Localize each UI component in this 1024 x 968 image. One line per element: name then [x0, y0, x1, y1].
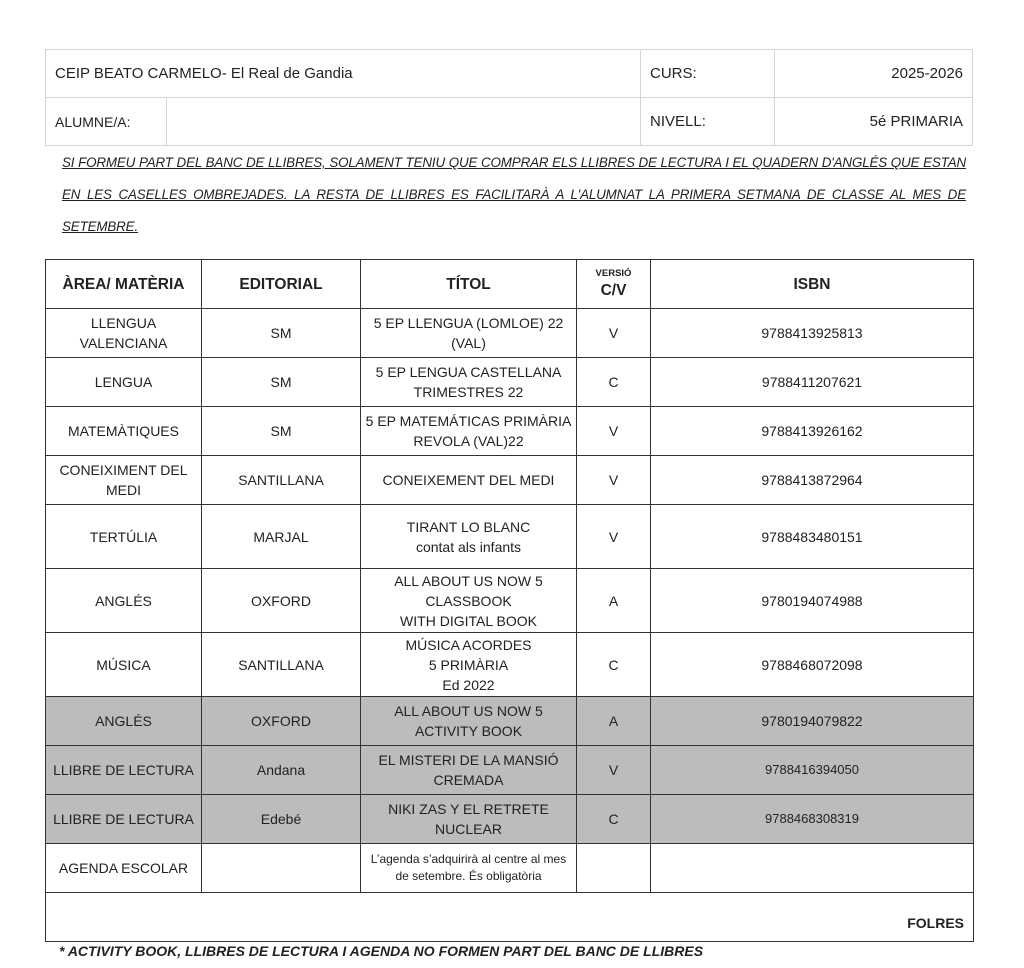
titol-line: CLASSBOOK	[365, 591, 572, 611]
titol-line: MÚSICA ACORDES	[365, 635, 572, 655]
cell-area: MATEMÀTIQUES	[46, 407, 202, 456]
cell-titol: CONEIXEMENT DEL MEDI	[361, 456, 577, 505]
cell-area: LLIBRE DE LECTURA	[46, 795, 202, 844]
cell-area: LLIBRE DE LECTURA	[46, 746, 202, 795]
cell-editorial: Edebé	[202, 795, 361, 844]
cell-area: AGENDA ESCOLAR	[46, 844, 202, 893]
cell-titol: 5 EP LENGUA CASTELLANA TRIMESTRES 22	[361, 358, 577, 407]
cell-titol: MÚSICA ACORDES5 PRIMÀRIAEd 2022	[361, 633, 577, 697]
cell-versio: V	[577, 746, 651, 795]
cell-editorial: SANTILLANA	[202, 633, 361, 697]
cell-titol: ALL ABOUT US NOW 5CLASSBOOKWITH DIGITAL …	[361, 569, 577, 633]
cell-editorial: SM	[202, 309, 361, 358]
cell-isbn: 9788483480151	[651, 505, 974, 569]
col-titol: TÍTOL	[361, 260, 577, 309]
titol-line: 5 PRIMÀRIA	[365, 655, 572, 675]
cell-area: TERTÚLIA	[46, 505, 202, 569]
table-row: MÚSICASANTILLANAMÚSICA ACORDES5 PRIMÀRIA…	[46, 633, 974, 697]
table-row: LENGUASM5 EP LENGUA CASTELLANA TRIMESTRE…	[46, 358, 974, 407]
cell-versio	[577, 844, 651, 893]
cell-area: MÚSICA	[46, 633, 202, 697]
cell-titol: L’agenda s’adquirirà al centre al mes de…	[361, 844, 577, 893]
cell-isbn: 9788468308319	[651, 795, 974, 844]
nivell-value: 5é PRIMARIA	[775, 98, 973, 146]
cell-isbn: 9788416394050	[651, 746, 974, 795]
header-row-school: CEIP BEATO CARMELO- El Real de Gandia CU…	[46, 50, 973, 98]
header-row-student: ALUMNE/A: NIVELL: 5é PRIMARIA	[46, 98, 973, 146]
cell-isbn: 9788413926162	[651, 407, 974, 456]
cell-isbn	[651, 844, 974, 893]
cell-editorial: Andana	[202, 746, 361, 795]
table-row: LLIBRE DE LECTURAAndanaEL MISTERI DE LA …	[46, 746, 974, 795]
cell-editorial: OXFORD	[202, 697, 361, 746]
cell-versio: A	[577, 569, 651, 633]
alumne-label: ALUMNE/A:	[46, 98, 167, 146]
table-row: TERTÚLIAMARJALTIRANT LO BLANCcontat als …	[46, 505, 974, 569]
cell-editorial: MARJAL	[202, 505, 361, 569]
table-row: CONEIXIMENT DEL MEDISANTILLANACONEIXEMEN…	[46, 456, 974, 505]
cell-area: ANGLÉS	[46, 697, 202, 746]
titol-line: ACTIVITY BOOK	[365, 721, 572, 741]
titol-line: Ed 2022	[365, 675, 572, 695]
cell-titol: TIRANT LO BLANCcontat als infants	[361, 505, 577, 569]
titol-line: ALL ABOUT US NOW 5	[365, 571, 572, 591]
cell-titol: ALL ABOUT US NOW 5ACTIVITY BOOK	[361, 697, 577, 746]
cell-versio: V	[577, 407, 651, 456]
cell-editorial: SM	[202, 407, 361, 456]
col-editorial: EDITORIAL	[202, 260, 361, 309]
cell-editorial: SANTILLANA	[202, 456, 361, 505]
cell-isbn: 9780194079822	[651, 697, 974, 746]
cell-titol: 5 EP LLENGUA (LOMLOE) 22 (VAL)	[361, 309, 577, 358]
cell-titol: 5 EP MATEMÁTICAS PRIMÀRIA REVOLA (VAL)22	[361, 407, 577, 456]
titol-line: contat als infants	[365, 537, 572, 557]
curs-label: CURS:	[641, 50, 775, 98]
folres-label: FOLRES	[907, 913, 964, 933]
cell-versio: C	[577, 633, 651, 697]
cell-editorial	[202, 844, 361, 893]
cell-isbn: 9788413925813	[651, 309, 974, 358]
cell-versio: V	[577, 456, 651, 505]
school-name: CEIP BEATO CARMELO- El Real de Gandia	[46, 50, 641, 98]
table-row: ANGLÉSOXFORDALL ABOUT US NOW 5ACTIVITY B…	[46, 697, 974, 746]
folres-row: FOLRES	[46, 893, 974, 942]
cell-area: ANGLÉS	[46, 569, 202, 633]
cell-editorial: OXFORD	[202, 569, 361, 633]
book-list-table: ÀREA/ MATÈRIA EDITORIAL TÍTOL VERSIÓ C/V…	[45, 259, 974, 942]
header-table: CEIP BEATO CARMELO- El Real de Gandia CU…	[45, 49, 973, 146]
col-isbn: ISBN	[651, 260, 974, 309]
cell-isbn: 9788411207621	[651, 358, 974, 407]
titol-line: TIRANT LO BLANC	[365, 517, 572, 537]
titol-line: ALL ABOUT US NOW 5	[365, 701, 572, 721]
cell-editorial: SM	[202, 358, 361, 407]
table-row: LLENGUA VALENCIANASM5 EP LLENGUA (LOMLOE…	[46, 309, 974, 358]
cell-versio: C	[577, 358, 651, 407]
cell-isbn: 9788413872964	[651, 456, 974, 505]
cell-versio: C	[577, 795, 651, 844]
curs-value: 2025-2026	[775, 50, 973, 98]
cell-area: CONEIXIMENT DEL MEDI	[46, 456, 202, 505]
cell-area: LENGUA	[46, 358, 202, 407]
folres-cell: FOLRES	[46, 893, 974, 942]
cell-titol: NIKI ZAS Y EL RETRETE NUCLEAR	[361, 795, 577, 844]
alumne-field[interactable]	[167, 98, 641, 146]
col-versio: VERSIÓ C/V	[577, 260, 651, 309]
cell-versio: V	[577, 505, 651, 569]
table-header-row: ÀREA/ MATÈRIA EDITORIAL TÍTOL VERSIÓ C/V…	[46, 260, 974, 309]
cell-versio: V	[577, 309, 651, 358]
cell-versio: A	[577, 697, 651, 746]
col-versio-main: C/V	[601, 282, 627, 299]
titol-line: WITH DIGITAL BOOK	[365, 611, 572, 631]
cell-titol: EL MISTERI DE LA MANSIÓ CREMADA	[361, 746, 577, 795]
cell-area: LLENGUA VALENCIANA	[46, 309, 202, 358]
cell-isbn: 9788468072098	[651, 633, 974, 697]
cell-isbn: 9780194074988	[651, 569, 974, 633]
table-row: MATEMÀTIQUESSM5 EP MATEMÁTICAS PRIMÀRIA …	[46, 407, 974, 456]
table-row: LLIBRE DE LECTURAEdebéNIKI ZAS Y EL RETR…	[46, 795, 974, 844]
table-row: AGENDA ESCOLARL’agenda s’adquirirà al ce…	[46, 844, 974, 893]
col-area: ÀREA/ MATÈRIA	[46, 260, 202, 309]
col-versio-small: VERSIÓ	[581, 268, 646, 280]
nivell-label: NIVELL:	[641, 98, 775, 146]
footnote: * ACTIVITY BOOK, LLIBRES DE LECTURA I AG…	[59, 943, 703, 959]
table-row: ANGLÉSOXFORDALL ABOUT US NOW 5CLASSBOOKW…	[46, 569, 974, 633]
bank-notice: SI FORMEU PART DEL BANC DE LLIBRES, SOLA…	[62, 147, 966, 243]
